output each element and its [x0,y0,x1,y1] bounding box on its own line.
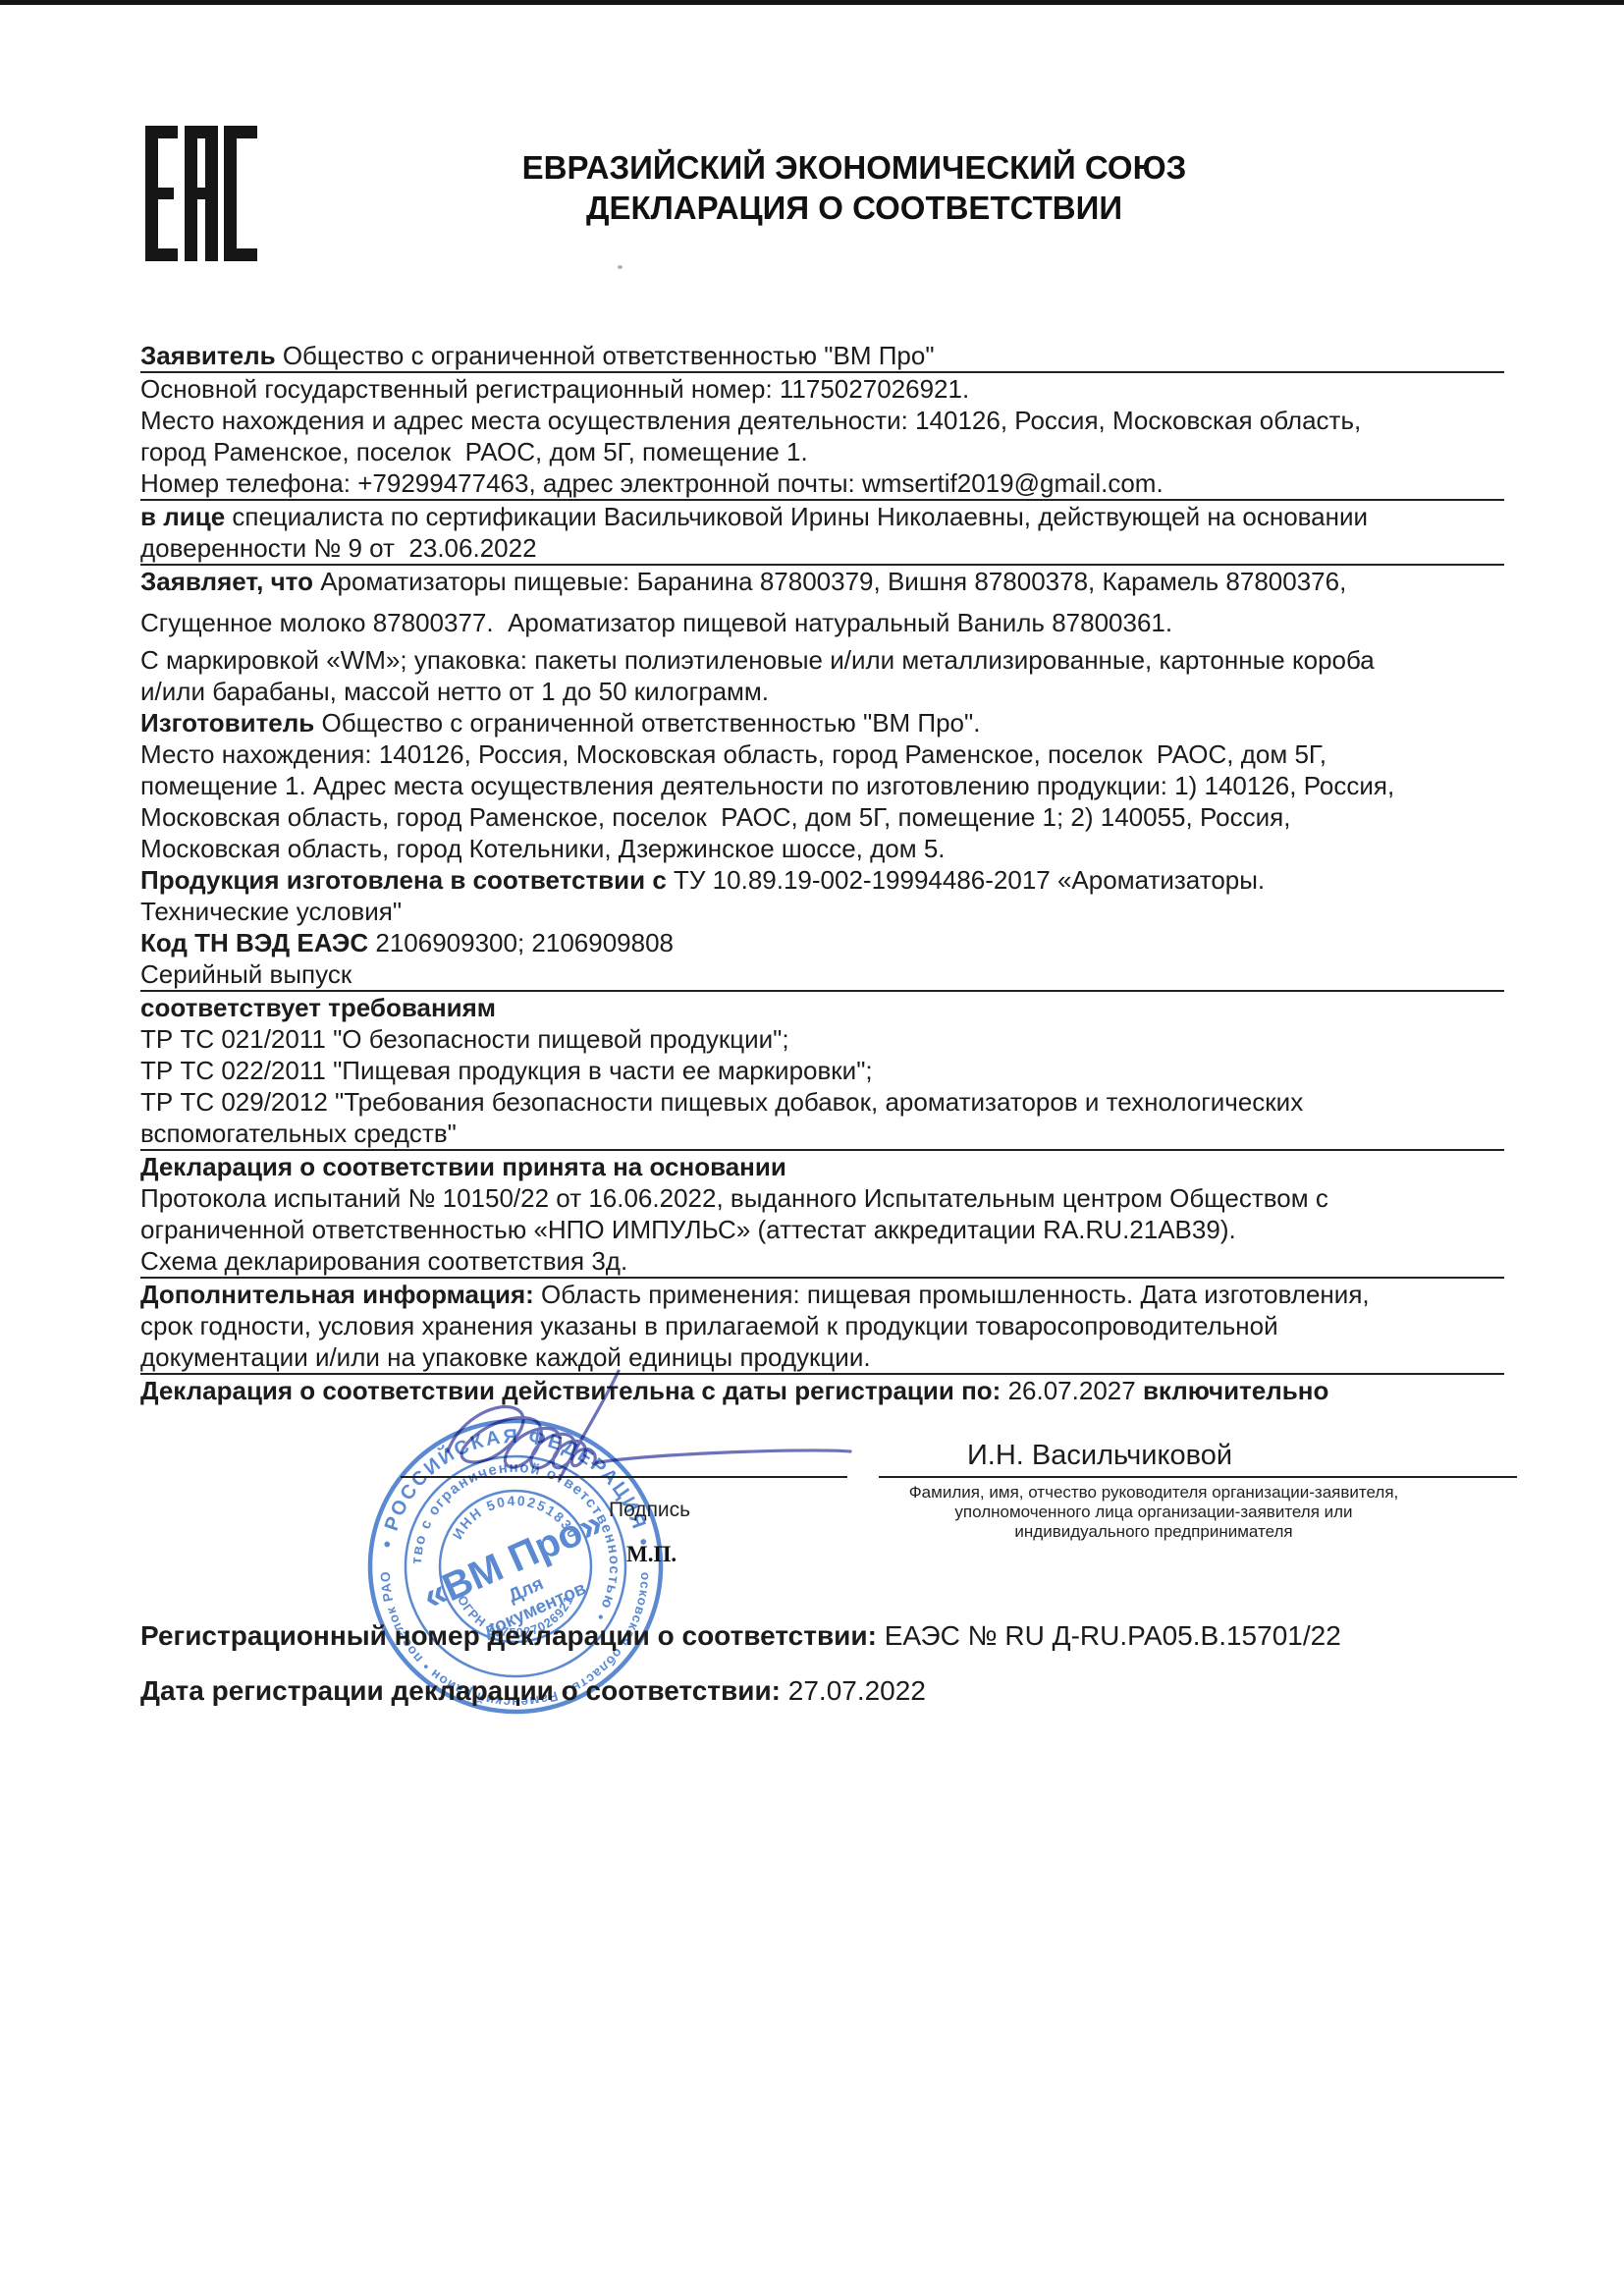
body-text-bold: соответствует требованиям [140,993,496,1022]
body-line: Продукция изготовлена в соответствии с Т… [140,864,1504,896]
body-text: Область применения: пищевая промышленнос… [541,1280,1370,1309]
body-text: срок годности, условия хранения указаны … [140,1311,1278,1340]
body-line: помещение 1. Адрес места осуществления д… [140,770,1504,801]
body-text-bold: в лице [140,502,232,531]
declarant-name: И.Н. Васильчиковой [884,1440,1316,1472]
body-text: Место нахождения: 140126, Россия, Москов… [140,739,1326,769]
body-text-bold: Продукция изготовлена в соответствии с [140,865,674,895]
stamp-sub1: Для [506,1573,547,1607]
body-line: соответствует требованиям [140,992,1504,1023]
body-text-bold: Изготовитель [140,708,322,738]
body-text: Серийный выпуск [140,959,352,989]
body-text: ТР ТС 021/2011 "О безопасности пищевой п… [140,1024,789,1054]
body-text: 26.07.2027 [1008,1376,1143,1405]
caption-line-1: Фамилия, имя, отчество руководителя орга… [854,1483,1453,1503]
body-line: срок годности, условия хранения указаны … [140,1310,1504,1341]
body-line: город Раменское, поселок РАОС, дом 5Г, п… [140,436,1504,467]
body-text-bold: Заявитель [140,341,283,370]
body-text: Ароматизаторы пищевые: Баранина 87800379… [320,567,1346,596]
body-line: ограниченной ответственностью «НПО ИМПУЛ… [140,1214,1504,1245]
body-text: Московская область, город Раменское, пос… [140,802,1290,832]
declarant-name-line [879,1476,1517,1478]
body-text: Технические условия" [140,897,402,926]
body-line: Технические условия" [140,896,1504,927]
body-text: доверенности № 9 от 23.06.2022 [140,533,537,563]
document-body: Заявитель Общество с ограниченной ответс… [140,340,1504,1406]
seal-place-label: М.П. [626,1542,677,1567]
body-line: ТР ТС 029/2012 "Требования безопасности … [140,1086,1504,1118]
title-line-union: ЕВРАЗИЙСКИЙ ЭКОНОМИЧЕСКИЙ СОЮЗ [88,147,1620,188]
body-text: помещение 1. Адрес места осуществления д… [140,771,1394,800]
body-line: Изготовитель Общество с ограниченной отв… [140,707,1504,738]
stamp-company-name: «ВМ Про» [416,1502,609,1619]
body-line: Серийный выпуск [140,958,1504,992]
svg-text:Общество с ограниченной ответс: Общество с ограниченной ответственностью… [366,1417,623,1624]
registration-number-label: Регистрационный номер декларации о соотв… [140,1620,885,1651]
body-line: доверенности № 9 от 23.06.2022 [140,532,1504,566]
svg-text:• РОССИЙСКАЯ ФЕДЕРАЦИЯ •: • РОССИЙСКАЯ ФЕДЕРАЦИЯ • [376,1426,654,1550]
body-text: С маркировкой «WM»; упаковка: пакеты пол… [140,645,1375,675]
body-text: ТР ТС 029/2012 "Требования безопасности … [140,1087,1303,1117]
signature-line [401,1476,847,1478]
body-text: Общество с ограниченной ответственностью… [322,708,981,738]
body-line: ТР ТС 021/2011 "О безопасности пищевой п… [140,1023,1504,1055]
declaration-document: ЕВРАЗИЙСКИЙ ЭКОНОМИЧЕСКИЙ СОЮЗ ДЕКЛАРАЦИ… [0,0,1624,2296]
body-line: Московская область, город Котельники, Дз… [140,833,1504,864]
body-text-bold: Декларация о соответствии действительна … [140,1376,1008,1405]
body-text: Сгущенное молоко 87800377. Ароматизатор … [140,608,1172,637]
body-line: вспомогательных средств" [140,1118,1504,1151]
body-text-bold: Заявляет, что [140,567,320,596]
body-line: С маркировкой «WM»; упаковка: пакеты пол… [140,644,1504,676]
signature-caption: Подпись [609,1499,690,1522]
body-text-bold: включительно [1143,1376,1328,1405]
body-line: Место нахождения и адрес места осуществл… [140,405,1504,436]
declarant-caption: Фамилия, имя, отчество руководителя орга… [854,1483,1453,1542]
registration-number-value: ЕАЭС № RU Д-RU.РА05.В.15701/22 [885,1620,1341,1651]
body-line: документации и/или на упаковке каждой ед… [140,1341,1504,1375]
body-text: ТР ТС 022/2011 "Пищевая продукция в част… [140,1056,873,1085]
svg-text:ИНН 5040251830: ИНН 5040251830 [449,1493,581,1542]
body-line: Схема декларирования соответствия 3д. [140,1245,1504,1279]
company-stamp: • РОССИЙСКАЯ ФЕДЕРАЦИЯ • • Московская об… [366,1417,665,1716]
body-text: Протокола испытаний № 10150/22 от 16.06.… [140,1183,1328,1213]
body-text: город Раменское, поселок РАОС, дом 5Г, п… [140,437,808,466]
body-text: специалиста по сертификации Васильчиково… [232,502,1368,531]
body-text: 2106909300; 2106909808 [375,928,674,957]
scan-dot-artifact [618,265,623,269]
registration-date-line: Дата регистрации декларации о соответств… [140,1675,926,1707]
body-line: Дополнительная информация: Область приме… [140,1279,1504,1310]
stamp-ring-inner-top: ИНН 5040251830 [449,1493,581,1542]
body-line: Заявитель Общество с ограниченной ответс… [140,340,1504,373]
scan-edge-artifact [0,0,1624,5]
body-text-bold: Декларация о соответствии принята на осн… [140,1152,786,1181]
body-text: Московская область, город Котельники, Дз… [140,834,946,863]
body-line: Декларация о соответствии действительна … [140,1375,1504,1406]
body-line: Заявляет, что Ароматизаторы пищевые: Бар… [140,566,1504,597]
body-text: Номер телефона: +79299477463, адрес элек… [140,468,1164,498]
body-text: и/или барабаны, массой нетто от 1 до 50 … [140,677,769,706]
body-text-bold: Код ТН ВЭД ЕАЭС [140,928,375,957]
stamp-ring-outer-top: • РОССИЙСКАЯ ФЕДЕРАЦИЯ • [376,1426,654,1550]
body-text: документации и/или на упаковке каждой ед… [140,1342,871,1372]
body-text: ТУ 10.89.19-002-19994486-2017 «Ароматиза… [674,865,1265,895]
body-line: в лице специалиста по сертификации Васил… [140,501,1504,532]
body-line: Код ТН ВЭД ЕАЭС 2106909300; 2106909808 [140,927,1504,958]
svg-text:• Московская область • Раменск: • Московская область • Раменский район •… [366,1417,653,1710]
body-line: Декларация о соответствии принята на осн… [140,1151,1504,1182]
body-line: ТР ТС 022/2011 "Пищевая продукция в част… [140,1055,1504,1086]
document-title: ЕВРАЗИЙСКИЙ ЭКОНОМИЧЕСКИЙ СОЮЗ ДЕКЛАРАЦИ… [88,147,1620,228]
body-line: Место нахождения: 140126, Россия, Москов… [140,738,1504,770]
body-text: Общество с ограниченной ответственностью… [283,341,935,370]
stamp-ring-outer-bottom: • Московская область • Раменский район •… [366,1417,653,1710]
body-line: Протокола испытаний № 10150/22 от 16.06.… [140,1182,1504,1214]
body-line: Московская область, город Раменское, пос… [140,801,1504,833]
body-text: ограниченной ответственностью «НПО ИМПУЛ… [140,1215,1236,1244]
body-line: Сгущенное молоко 87800377. Ароматизатор … [140,607,1504,638]
body-line: Номер телефона: +79299477463, адрес элек… [140,467,1504,501]
stamp-ring-middle: Общество с ограниченной ответственностью… [366,1417,623,1624]
registration-number-line: Регистрационный номер декларации о соотв… [140,1620,1341,1652]
body-line: и/или барабаны, массой нетто от 1 до 50 … [140,676,1504,707]
body-text: вспомогательных средств" [140,1119,457,1148]
body-text: Место нахождения и адрес места осуществл… [140,406,1361,435]
body-text: Схема декларирования соответствия 3д. [140,1246,627,1276]
registration-date-label: Дата регистрации декларации о соответств… [140,1675,788,1706]
body-text-bold: Дополнительная информация: [140,1280,541,1309]
body-line: Основной государственный регистрационный… [140,373,1504,405]
title-line-declaration: ДЕКЛАРАЦИЯ О СООТВЕТСТВИИ [88,188,1620,228]
body-text: Основной государственный регистрационный… [140,374,969,404]
caption-line-3: индивидуального предпринимателя [854,1522,1453,1542]
registration-date-value: 27.07.2022 [788,1675,926,1706]
caption-line-2: уполномоченного лица организации-заявите… [854,1503,1453,1522]
